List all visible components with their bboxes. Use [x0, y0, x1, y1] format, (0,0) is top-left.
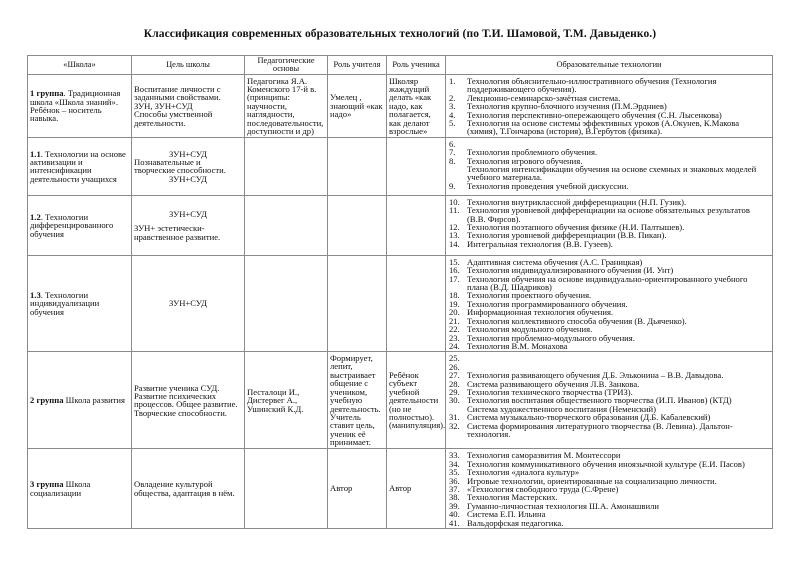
- document-title: Классификация современных образовательны…: [0, 28, 800, 40]
- technology-list: 10.Технология внутриклассной дифференциа…: [448, 198, 770, 248]
- technologies-cell: 6.7.Технология проблемного обучения.8.Те…: [446, 137, 773, 195]
- goal-line: ЗУН+ эстетически-нравственное развитие.: [134, 224, 242, 241]
- technology-name: Технология обучения на основе индивидуал…: [464, 275, 770, 292]
- technology-item: 1.Технология объяснительно-иллюстративно…: [448, 77, 770, 94]
- technology-name: Технология на основе системы эффективных…: [464, 119, 770, 136]
- goal-cell: ЗУН+СУДПознавательные и творческие спосо…: [132, 137, 245, 195]
- technology-name: Технология объяснительно-иллюстративного…: [464, 77, 770, 94]
- header-student-role: Роль ученика: [387, 56, 446, 75]
- technology-name: Технология проведения учебной дискуссии.: [464, 182, 770, 190]
- technology-item: 41.Вальдорфская педагогика.: [448, 519, 770, 527]
- technology-name: Технология интенсификации обучения на ос…: [464, 165, 770, 182]
- table-row: 1.3. Технологии индивидуализации обучени…: [28, 255, 773, 351]
- technology-item: 32.Система формирования литературного тв…: [448, 422, 770, 439]
- header-technologies: Образовательные технологии: [446, 56, 773, 75]
- technology-number: 8.: [448, 157, 464, 165]
- header-teacher-role: Роль учителя: [328, 56, 387, 75]
- school-cell: 3 группа Школа социализации: [28, 449, 132, 529]
- student-role-cell: Школяр жаждущий делать «как надо, как по…: [387, 75, 446, 138]
- table-row: 3 группа Школа социализацииОвладение кул…: [28, 449, 773, 529]
- technology-list: 1.Технология объяснительно-иллюстративно…: [448, 77, 770, 136]
- technology-number: 30.: [448, 396, 464, 404]
- classification-table: «Школа» Цель школы Педагогические основы…: [27, 55, 773, 529]
- student-role-cell: [387, 195, 446, 255]
- technology-item: 17.Технология обучения на основе индивид…: [448, 275, 770, 292]
- table-row: 1.1. Технологии на основе активизации и …: [28, 137, 773, 195]
- goal-line: ЗУН+СУД: [134, 210, 242, 218]
- school-cell: 1.2. Технологии дифференцированного обуч…: [28, 195, 132, 255]
- technology-item: 5.Технология на основе системы эффективн…: [448, 119, 770, 136]
- student-role-cell: Автор: [387, 449, 446, 529]
- technology-list: 15.Адаптивная система обучения (А.С. Гра…: [448, 258, 770, 350]
- technologies-cell: 10.Технология внутриклассной дифференциа…: [446, 195, 773, 255]
- technology-item: 11.Технология уровневой дифференциации н…: [448, 206, 770, 223]
- goal-line: Овладение культурой общества, адаптация …: [134, 480, 242, 497]
- school-description: . Технологии на основе активизации и инт…: [30, 149, 126, 184]
- teacher-role-cell: Умелец , знающий «как надо»: [328, 75, 387, 138]
- header-goal: Цель школы: [132, 56, 245, 75]
- student-role-cell: [387, 137, 446, 195]
- technology-number: 41.: [448, 519, 464, 527]
- technology-item: 24.Технология В.М. Монахова: [448, 342, 770, 350]
- school-cell: 1 группа. Традиционная школа «Школа знан…: [28, 75, 132, 138]
- technology-list: 33.Технология саморазвития М. Монтессори…: [448, 451, 770, 527]
- goal-line: Развитие ученика СУД. Развитие психическ…: [134, 384, 242, 418]
- goal-cell: Воспитание личности с заданными свойства…: [132, 75, 245, 138]
- school-cell: 2 группа Школа развития: [28, 352, 132, 449]
- goal-line: Познавательные и творческие способности.: [134, 158, 242, 175]
- technology-number: 17.: [448, 275, 464, 283]
- goal-cell: Развитие ученика СУД. Развитие психическ…: [132, 352, 245, 449]
- technology-number: 9.: [448, 182, 464, 190]
- foundations-cell: [245, 255, 328, 351]
- table-body: 1 группа. Традиционная школа «Школа знан…: [28, 75, 773, 529]
- foundations-cell: Песталоци И., Дистервег А., Ушинский К.Д…: [245, 352, 328, 449]
- school-description: Школа развития: [64, 395, 125, 405]
- technology-name: Система формирования литературного творч…: [464, 422, 770, 439]
- teacher-role-cell: [328, 137, 387, 195]
- technology-item: Технология интенсификации обучения на ос…: [448, 165, 770, 182]
- goal-line: Способы умственной деятельности.: [134, 110, 242, 127]
- technology-number: 5.: [448, 119, 464, 127]
- student-role-cell: [387, 255, 446, 351]
- teacher-role-cell: [328, 255, 387, 351]
- table-row: 2 группа Школа развитияРазвитие ученика …: [28, 352, 773, 449]
- technology-number: 32.: [448, 422, 464, 430]
- goal-line: ЗУН+СУД: [134, 299, 242, 307]
- teacher-role-cell: Автор: [328, 449, 387, 529]
- technology-name: Интегральная технология (В.В. Гузеев).: [464, 240, 770, 248]
- table-row: 1.2. Технологии дифференцированного обуч…: [28, 195, 773, 255]
- table-row: 1 группа. Традиционная школа «Школа знан…: [28, 75, 773, 138]
- school-cell: 1.1. Технологии на основе активизации и …: [28, 137, 132, 195]
- goal-line: Воспитание личности с заданными свойства…: [134, 85, 242, 102]
- technologies-cell: 33.Технология саморазвития М. Монтессори…: [446, 449, 773, 529]
- goal-line: ЗУН+СУД: [134, 175, 242, 183]
- school-cell: 1.3. Технологии индивидуализации обучени…: [28, 255, 132, 351]
- goal-cell: ЗУН+СУДЗУН+ эстетически-нравственное раз…: [132, 195, 245, 255]
- technologies-cell: 25.26.27.Технология развивающего обучени…: [446, 352, 773, 449]
- header-school: «Школа»: [28, 56, 132, 75]
- technology-item: 14.Интегральная технология (В.В. Гузеев)…: [448, 240, 770, 248]
- technology-number: 11.: [448, 206, 464, 214]
- school-group-label: 2 группа: [30, 395, 64, 405]
- technology-list: 6.7.Технология проблемного обучения.8.Те…: [448, 140, 770, 190]
- technology-item: 25.: [448, 354, 770, 362]
- technology-name: Вальдорфская педагогика.: [464, 519, 770, 527]
- technology-number: 24.: [448, 342, 464, 350]
- header-foundations: Педагогические основы: [245, 56, 328, 75]
- teacher-role-cell: [328, 195, 387, 255]
- technologies-cell: 15.Адаптивная система обучения (А.С. Гра…: [446, 255, 773, 351]
- student-role-cell: Ребёнок субъект учебной деятельности (но…: [387, 352, 446, 449]
- header-row: «Школа» Цель школы Педагогические основы…: [28, 56, 773, 75]
- foundations-cell: Педагогика Я.А. Коменского 17-й в. (прин…: [245, 75, 328, 138]
- technology-name: Технология уровневой дифференциации на о…: [464, 206, 770, 223]
- school-description: . Технологии дифференцированного обучени…: [30, 212, 113, 239]
- teacher-role-cell: Формирует, лепит, выстраивает общение с …: [328, 352, 387, 449]
- technologies-cell: 1.Технология объяснительно-иллюстративно…: [446, 75, 773, 138]
- foundations-cell: [245, 137, 328, 195]
- foundations-cell: [245, 449, 328, 529]
- technology-item: 9.Технология проведения учебной дискусси…: [448, 182, 770, 190]
- technology-name: Технология В.М. Монахова: [464, 342, 770, 350]
- goal-cell: ЗУН+СУД: [132, 255, 245, 351]
- foundations-cell: [245, 195, 328, 255]
- school-description: . Технологии индивидуализации обучения: [30, 290, 99, 317]
- technology-number: 14.: [448, 240, 464, 248]
- technology-number: 1.: [448, 77, 464, 85]
- technology-list: 25.26.27.Технология развивающего обучени…: [448, 354, 770, 438]
- goal-cell: Овладение культурой общества, адаптация …: [132, 449, 245, 529]
